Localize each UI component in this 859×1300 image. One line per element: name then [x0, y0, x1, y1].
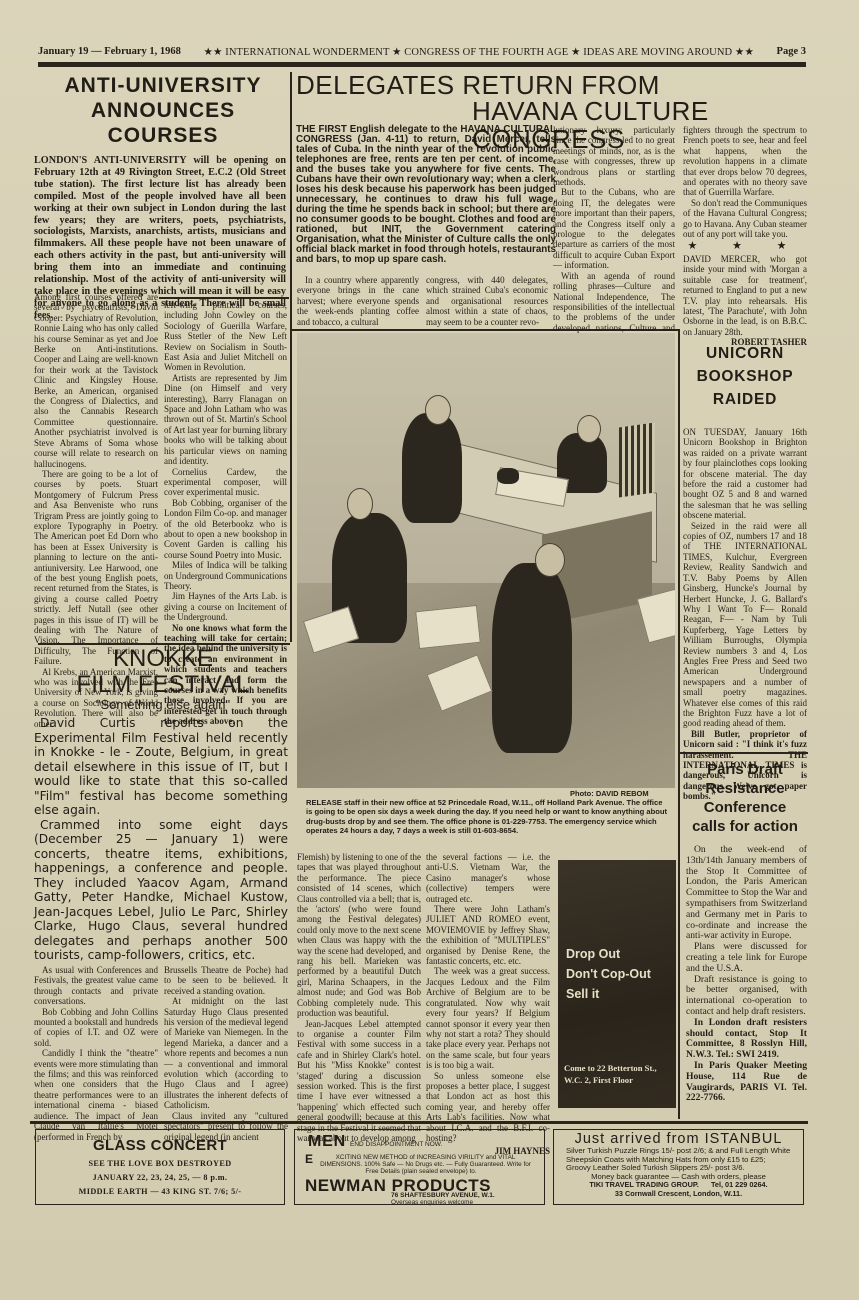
glass-concert-ad: GLASS CONCERT SEE THE LOVE BOX DESTROYED… [35, 1129, 285, 1205]
header-tagline: ★★ INTERNATIONAL WONDERMENT ★ CONGRESS O… [203, 46, 753, 58]
havana-column-1: In a country where apparently everyone b… [297, 275, 419, 327]
photo-telephone [497, 468, 519, 484]
photo-caption: RELEASE staff in their new office at 52 … [306, 798, 670, 836]
dropout-slogan: Drop Out Don't Cop-Out Sell it [566, 944, 651, 1004]
dropout-address: Come to 22 Betterton St., W.C. 2, First … [564, 1062, 657, 1086]
photo-credit: Photo: DAVID REBOM [570, 789, 649, 798]
knokke-lede: David Curtis reports on the Experimental… [34, 716, 288, 963]
release-office-photo [297, 333, 675, 788]
photo-head [577, 415, 601, 443]
page-header: January 19 — February 1, 1968 ★★ INTERNA… [38, 46, 806, 58]
havana-lede: THE FIRST English delegate to the HAVANA… [296, 125, 556, 265]
newman-products-ad: MEN END DISAPPOINTMENT NOW. EXCITING NEW… [294, 1129, 545, 1205]
istanbul-ad: Just arrived from ISTANBUL Silver Turkis… [553, 1129, 804, 1205]
star-divider-icon: ★ ★ ★ [683, 241, 807, 251]
mercer-note: DAVID MERCER, who got inside your mind w… [683, 254, 807, 337]
knokke-headline: KNOKKE FILM FESTIVAL [38, 646, 288, 698]
knokke-column-4: the several factions — i.e. the anti-U.S… [426, 852, 550, 1157]
column-divider [290, 72, 292, 642]
havana-column-4: fighters through the spectrum to French … [683, 125, 807, 348]
photo-head [347, 488, 373, 520]
photo-head [535, 543, 565, 577]
knokke-column-1: As usual with Conferences and Festivals,… [34, 965, 158, 1142]
unicorn-article: ON TUESDAY, January 16th Unicorn Booksho… [683, 427, 807, 802]
photo-newspaper [415, 605, 481, 649]
unicorn-headline: UNICORN BOOKSHOP RAIDED [683, 342, 807, 411]
ad-title: Just arrived from ISTANBUL [554, 1132, 803, 1147]
newspaper-page: January 19 — February 1, 1968 ★★ INTERNA… [0, 0, 859, 1300]
photo-newspaper [427, 654, 493, 712]
column-divider [678, 329, 680, 1119]
photo-head [425, 395, 451, 425]
dropout-ad: Drop Out Don't Cop-Out Sell it Come to 2… [558, 860, 676, 1108]
paris-headline: Paris Draft Resistance Conference calls … [683, 760, 807, 836]
paris-article: On the week-end of 13th/14th January mem… [686, 845, 807, 1104]
issue-date: January 19 — February 1, 1968 [38, 46, 181, 58]
photo-person [492, 563, 572, 753]
havana-headline-line-1: DELEGATES RETURN FROM [296, 71, 660, 99]
knokke-subtitle: "Something else again" [38, 697, 288, 712]
knokke-column-3: Flemish) by listening to one of the tape… [297, 852, 421, 1143]
anti-university-headline: ANTI-UNIVERSITY ANNOUNCES COURSES [38, 73, 288, 148]
photo-person [402, 413, 462, 523]
page-number: Page 3 [777, 46, 806, 58]
photo-newspaper [637, 589, 675, 644]
photo-chair [619, 422, 655, 497]
havana-column-2: congress, with 440 delegates, which stra… [426, 275, 548, 327]
ad-title: GLASS CONCERT [36, 1137, 284, 1154]
photo-newspaper [303, 606, 359, 653]
header-rule [38, 62, 806, 67]
knokke-column-2: Brussells Theatre de Poche) had to be se… [164, 965, 288, 1142]
